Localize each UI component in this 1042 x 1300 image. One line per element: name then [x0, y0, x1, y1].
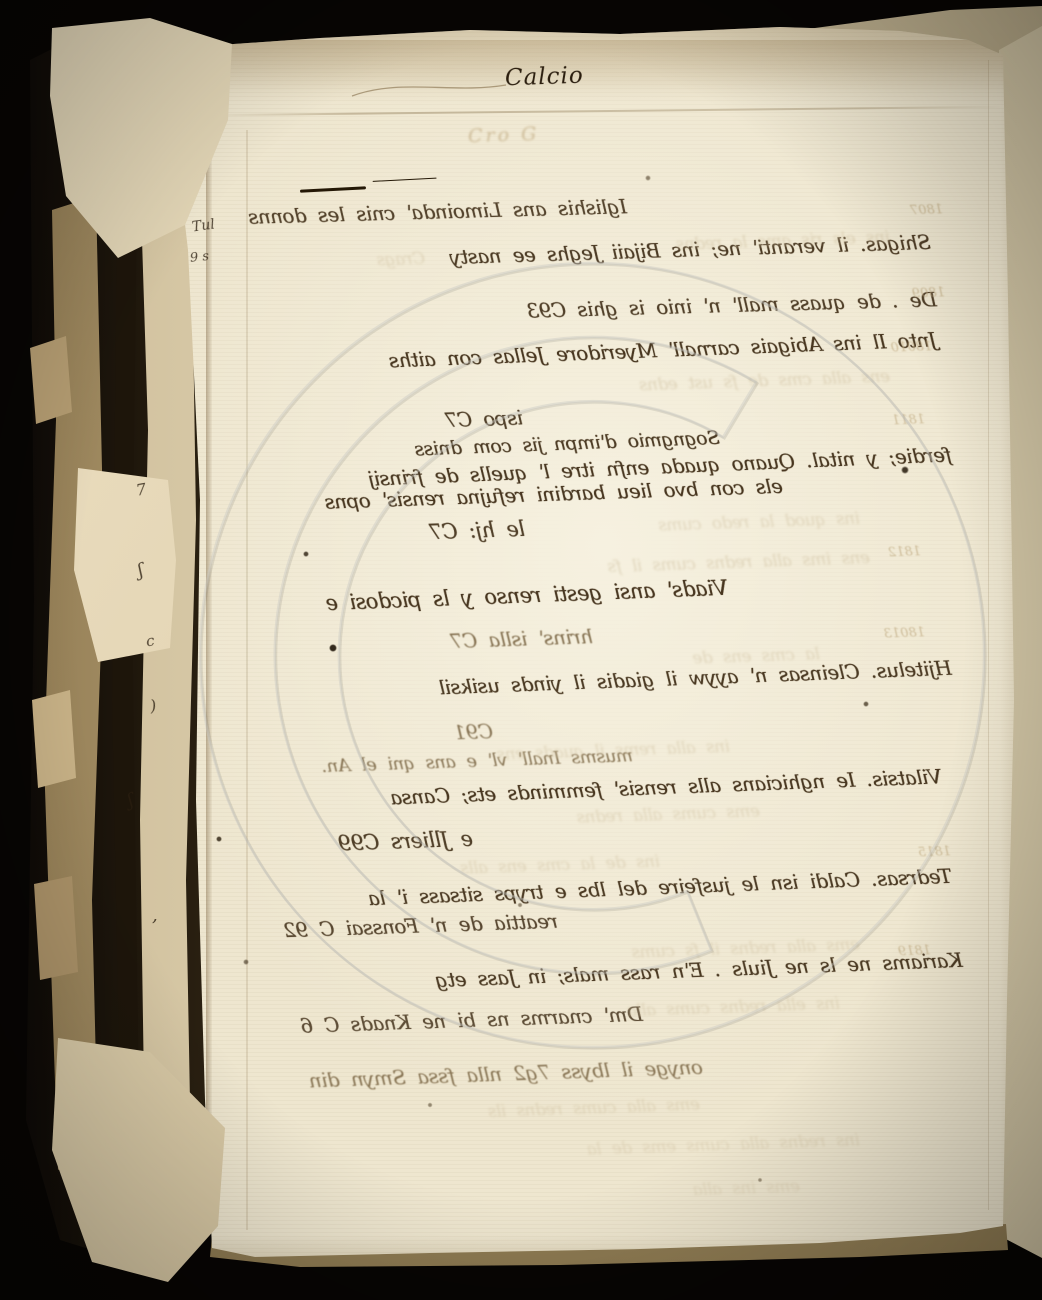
spine-ink-mark: ʃ	[135, 560, 145, 582]
spine-ink-mark: )	[149, 696, 158, 716]
spine-ink-mark: 7	[134, 479, 147, 499]
spine-ink-mark: Tul	[191, 216, 216, 235]
spine-ink-mark: 9 s	[189, 249, 210, 266]
manuscript-photo: Calcio Cro G Iglishis ans Limoinda' cnis…	[0, 0, 1042, 1300]
spine-ink-mark: ,	[152, 905, 158, 926]
spine-ink-mark: ʃ	[125, 790, 136, 811]
spine-ink-mark: c	[145, 631, 156, 650]
spine-ink-marks-layer: 7ʃc)ʃ,Tul9 s	[0, 0, 1042, 1300]
